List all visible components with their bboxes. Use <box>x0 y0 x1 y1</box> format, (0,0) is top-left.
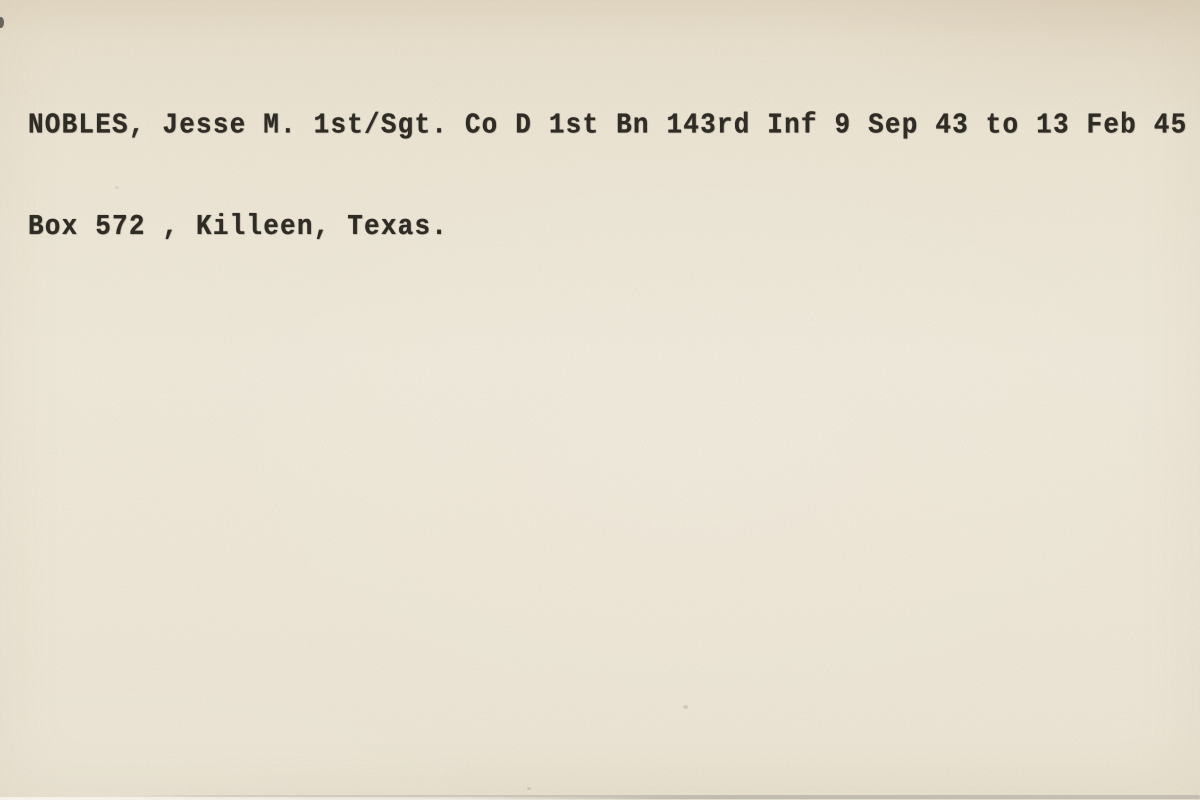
typed-text-block: NOBLES, Jesse M. 1st/Sgt. Co D 1st Bn 14… <box>28 41 1187 311</box>
paper-speck <box>527 787 531 790</box>
typed-line-service-record: NOBLES, Jesse M. 1st/Sgt. Co D 1st Bn 14… <box>28 109 1187 143</box>
paper-speck <box>683 705 688 709</box>
scanned-index-card: NOBLES, Jesse M. 1st/Sgt. Co D 1st Bn 14… <box>0 0 1200 800</box>
left-edge-ink-mark <box>0 17 4 28</box>
typed-line-address: Box 572 , Killeen, Texas. <box>28 210 1187 244</box>
